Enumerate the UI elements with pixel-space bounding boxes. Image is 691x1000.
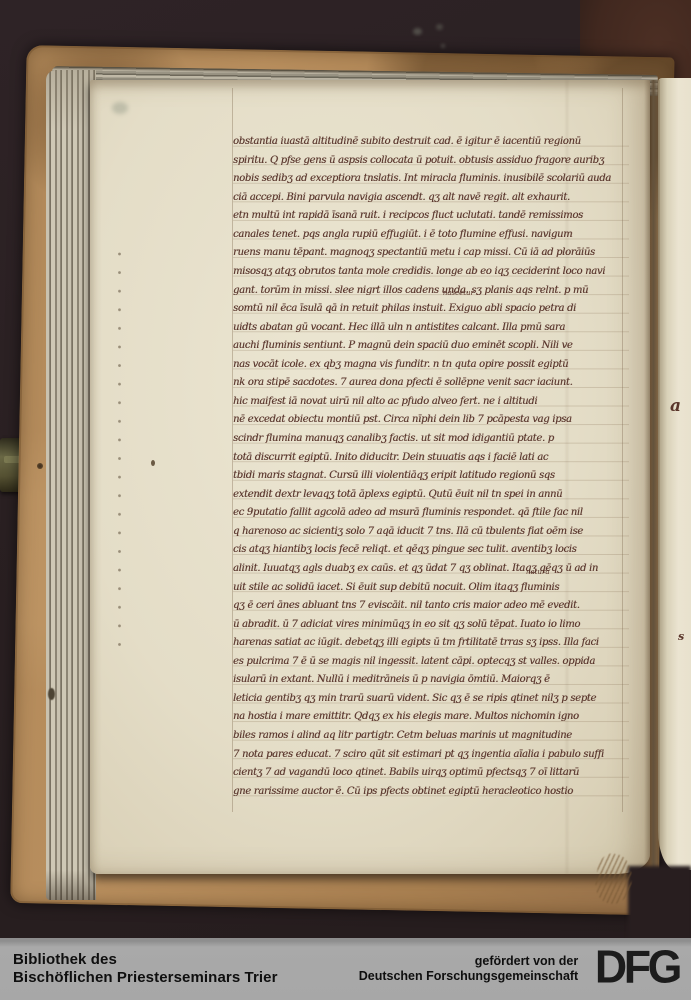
manuscript-line: ū abradit. ū 7 adiciat vires minimūqʒ in…: [233, 614, 629, 633]
pricking-marks: [118, 252, 121, 652]
manuscript-line: extendit dextr levaqʒ totā āplexs egiptū…: [233, 484, 629, 503]
manuscript-line-text: auchi fluminis sentiunt. P magnū dein sp…: [233, 340, 573, 351]
manuscript-line-text: misosqʒ atqʒ obrutos tanta mole credidis…: [233, 266, 605, 277]
manuscript-line-text: nē excedat obiectu montiū pst. Circa nīp…: [233, 414, 572, 425]
parchment-stain: [112, 102, 128, 114]
fore-edge-knot: [48, 688, 55, 700]
manuscript-line: nas vocāt icole. ex qbʒ magna vis fundit…: [233, 354, 629, 373]
manuscript-line-text: ruens manu tēpant. magnoqʒ spectantiū me…: [233, 247, 595, 258]
manuscript-line-text: nk ora stipē sacdotes. 7 aurea dona pfec…: [233, 377, 573, 388]
credit-banner: Bibliothek des Bischöflichen Priestersem…: [0, 938, 691, 1000]
manuscript-text-block: obstantia iuastā altitudinē subito destr…: [233, 131, 629, 803]
library-name-line1: Bibliothek des: [13, 951, 278, 969]
manuscript-line: totā discurrit egiptū. Inito diducitr. D…: [233, 447, 629, 466]
manuscript-line-text: tbidi maris stagnat. Cursū illi violenti…: [233, 470, 555, 481]
manuscript-line: canales tenet. pqs angla rupiū effugiūt.…: [233, 224, 629, 243]
manuscript-line-text: isularū in extant. Nullū i meditrāneis ū…: [233, 674, 550, 685]
manuscript-line-text: spiritu. Q pfse gens ū aspsis collocata …: [233, 155, 604, 166]
interlinear-gloss: natura: [526, 569, 550, 576]
manuscript-line: nascetursomtū nil ēca īsulā qā in retuit…: [233, 298, 629, 317]
dust-speck: [413, 28, 422, 35]
manuscript-line-text: scindr flumina manuqʒ canalibʒ factis. u…: [233, 433, 554, 444]
facing-page-sliver: a s: [658, 78, 691, 870]
shadow-patch: [628, 866, 691, 940]
manuscript-line-text: gant. torūm in missi. slee nigrt illos c…: [233, 285, 588, 296]
manuscript-line-text: q harenoso ac sicientiʒ solo 7 aqā iduci…: [233, 526, 583, 537]
manuscript-line-text: obstantia iuastā altitudinē subito destr…: [233, 136, 581, 147]
funding-credit-line2: Deutschen Forschungsgemeinschaft: [359, 969, 579, 984]
manuscript-line-text: nas vocāt icole. ex qbʒ magna vis fundit…: [233, 359, 568, 370]
library-name-line2: Bischöflichen Priesterseminars Trier: [13, 969, 278, 987]
dust-speck: [436, 24, 443, 30]
manuscript-line: isularū in extant. Nullū i meditrāneis ū…: [233, 669, 629, 688]
manuscript-line: alinit. Iuuatqʒ agls duabʒ ex caūs. et q…: [233, 558, 629, 577]
manuscript-line-text: biles ramos i alind aq litr partigtr. Ce…: [233, 730, 572, 741]
interlinear-gloss: nascetur: [443, 290, 474, 297]
manuscript-line: nē excedat obiectu montiū pst. Circa nīp…: [233, 409, 629, 428]
manuscript-line: gant. torūm in missi. slee nigrt illos c…: [233, 280, 629, 299]
manuscript-line: uidts abatan gū vocant. Hec illā uln n a…: [233, 317, 629, 336]
manuscript-line: na hostia i mare emittitr. Qdqʒ ex his e…: [233, 706, 629, 725]
manuscript-line: q harenoso ac sicientiʒ solo 7 aqā iduci…: [233, 521, 629, 540]
manuscript-line: misosqʒ atqʒ obrutos tanta mole credidis…: [233, 261, 629, 280]
manuscript-line: scindr flumina manuqʒ canalibʒ factis. u…: [233, 428, 629, 447]
manuscript-line: gne rarissime auctor ē. Cū ips pfects ob…: [233, 781, 629, 800]
manuscript-line: cis atqʒ hiantibʒ locis fecē reliqt. et …: [233, 539, 629, 558]
manuscript-page: obstantia iuastā altitudinē subito destr…: [90, 80, 650, 874]
manuscript-line-text: 7 nota pares educat. 7 sciro qūt sit est…: [233, 749, 604, 760]
manuscript-line: biles ramos i alind aq litr partigtr. Ce…: [233, 725, 629, 744]
manuscript-line-text: na hostia i mare emittitr. Qdqʒ ex his e…: [233, 711, 579, 722]
manuscript-line-text: extendit dextr levaqʒ totā āplexs egiptū…: [233, 489, 562, 500]
manuscript-line: spiritu. Q pfse gens ū aspsis collocata …: [233, 150, 629, 169]
fore-edge-mark: [151, 460, 155, 466]
manuscript-line-text: ec 9putatio fallit agcolā adeo ad msurā …: [233, 507, 583, 518]
manuscript-line: Detn multū int rapidā īsanā ruit. i reci…: [233, 205, 629, 224]
manuscript-line-text: cientʒ 7 ad vagandū loco qtinet. Babils …: [233, 767, 579, 778]
manuscript-line: Nec 9putatio fallit agcolā adeo ad msurā…: [233, 502, 629, 521]
manuscript-line: harenas satiat ac iūgit. debetqʒ illi eg…: [233, 632, 629, 651]
manuscript-line-text: cis atqʒ hiantibʒ locis fecē reliqt. et …: [233, 544, 576, 555]
manuscript-line: obstantia iuastā altitudinē subito destr…: [233, 131, 629, 150]
page-edges-fore-edge: [46, 70, 96, 900]
manuscript-line: leticia gentibʒ qʒ min trarū suarū viden…: [233, 688, 629, 707]
manuscript-line-text: harenas satiat ac iūgit. debetqʒ illi eg…: [233, 637, 599, 648]
manuscript-line-text: qʒ ē ceri ānes abluant tns 7 eviscāit. n…: [233, 600, 580, 611]
manuscript-line-text: hic maifest iā novat uirū nil alto ac pf…: [233, 396, 537, 407]
manuscript-line-text: somtū nil ēca īsulā qā in retuit philas …: [233, 303, 576, 314]
manuscript-line-text: canales tenet. pqs angla rupiū effugiūt.…: [233, 229, 572, 240]
manuscript-line: qʒ ē ceri ānes abluant tns 7 eviscāit. n…: [233, 595, 629, 614]
manuscript-line: cientʒ 7 ad vagandū loco qtinet. Babils …: [233, 762, 629, 781]
board-nail: [37, 463, 43, 469]
manuscript-line: naturauit stile ac solidū iacet. Si ēuit…: [233, 577, 629, 596]
manuscript-line-text: es pulcrima 7 ē ū se magis nil ingessit.…: [233, 656, 595, 667]
library-name: Bibliothek des Bischöflichen Priestersem…: [13, 951, 278, 987]
book-gutter: [644, 80, 660, 872]
manuscript-line: ciā accepi. Bini parvula navigia ascendt…: [233, 187, 629, 206]
photograph-background: obstantia iuastā altitudinē subito destr…: [0, 0, 691, 1000]
dust-speck: [441, 44, 445, 48]
facing-page-letter: a: [670, 396, 681, 416]
manuscript-line: tbidi maris stagnat. Cursū illi violenti…: [233, 465, 629, 484]
manuscript-line: 7 nota pares educat. 7 sciro qūt sit est…: [233, 744, 629, 763]
manuscript-line: auchi fluminis sentiunt. P magnū dein sp…: [233, 335, 629, 354]
manuscript-line-text: ū abradit. ū 7 adiciat vires minimūqʒ in…: [233, 619, 580, 630]
manuscript-line-text: totā discurrit egiptū. Inito diducitr. D…: [233, 452, 548, 463]
funding-credit: gefördert von der Deutschen Forschungsge…: [359, 954, 579, 984]
manuscript-line-text: uit stile ac solidū iacet. Si ēuit sup d…: [233, 582, 559, 593]
manuscript-line: hic maifest iā novat uirū nil alto ac pf…: [233, 391, 629, 410]
facing-page-letter-mark: s: [678, 630, 684, 643]
manuscript-line: nobis sedibʒ ad exceptiora tnslatis. Int…: [233, 168, 629, 187]
manuscript-line: ruens manu tēpant. magnoqʒ spectantiū me…: [233, 242, 629, 261]
dfg-logo: DFG: [595, 949, 679, 985]
manuscript-line-text: leticia gentibʒ qʒ min trarū suarū viden…: [233, 693, 596, 704]
manuscript-line-text: uidts abatan gū vocant. Hec illā uln n a…: [233, 322, 565, 333]
manuscript-line-text: gne rarissime auctor ē. Cū ips pfects ob…: [233, 786, 573, 797]
manuscript-line: es pulcrima 7 ē ū se magis nil ingessit.…: [233, 651, 629, 670]
manuscript-line-text: etn multū int rapidā īsanā ruit. i recip…: [233, 210, 583, 221]
manuscript-line-text: nobis sedibʒ ad exceptiora tnslatis. Int…: [233, 173, 611, 184]
manuscript-line-text: ciā accepi. Bini parvula navigia ascendt…: [233, 192, 570, 203]
funding-credit-line1: gefördert von der: [359, 954, 579, 969]
manuscript-line: Jnk ora stipē sacdotes. 7 aurea dona pfe…: [233, 372, 629, 391]
